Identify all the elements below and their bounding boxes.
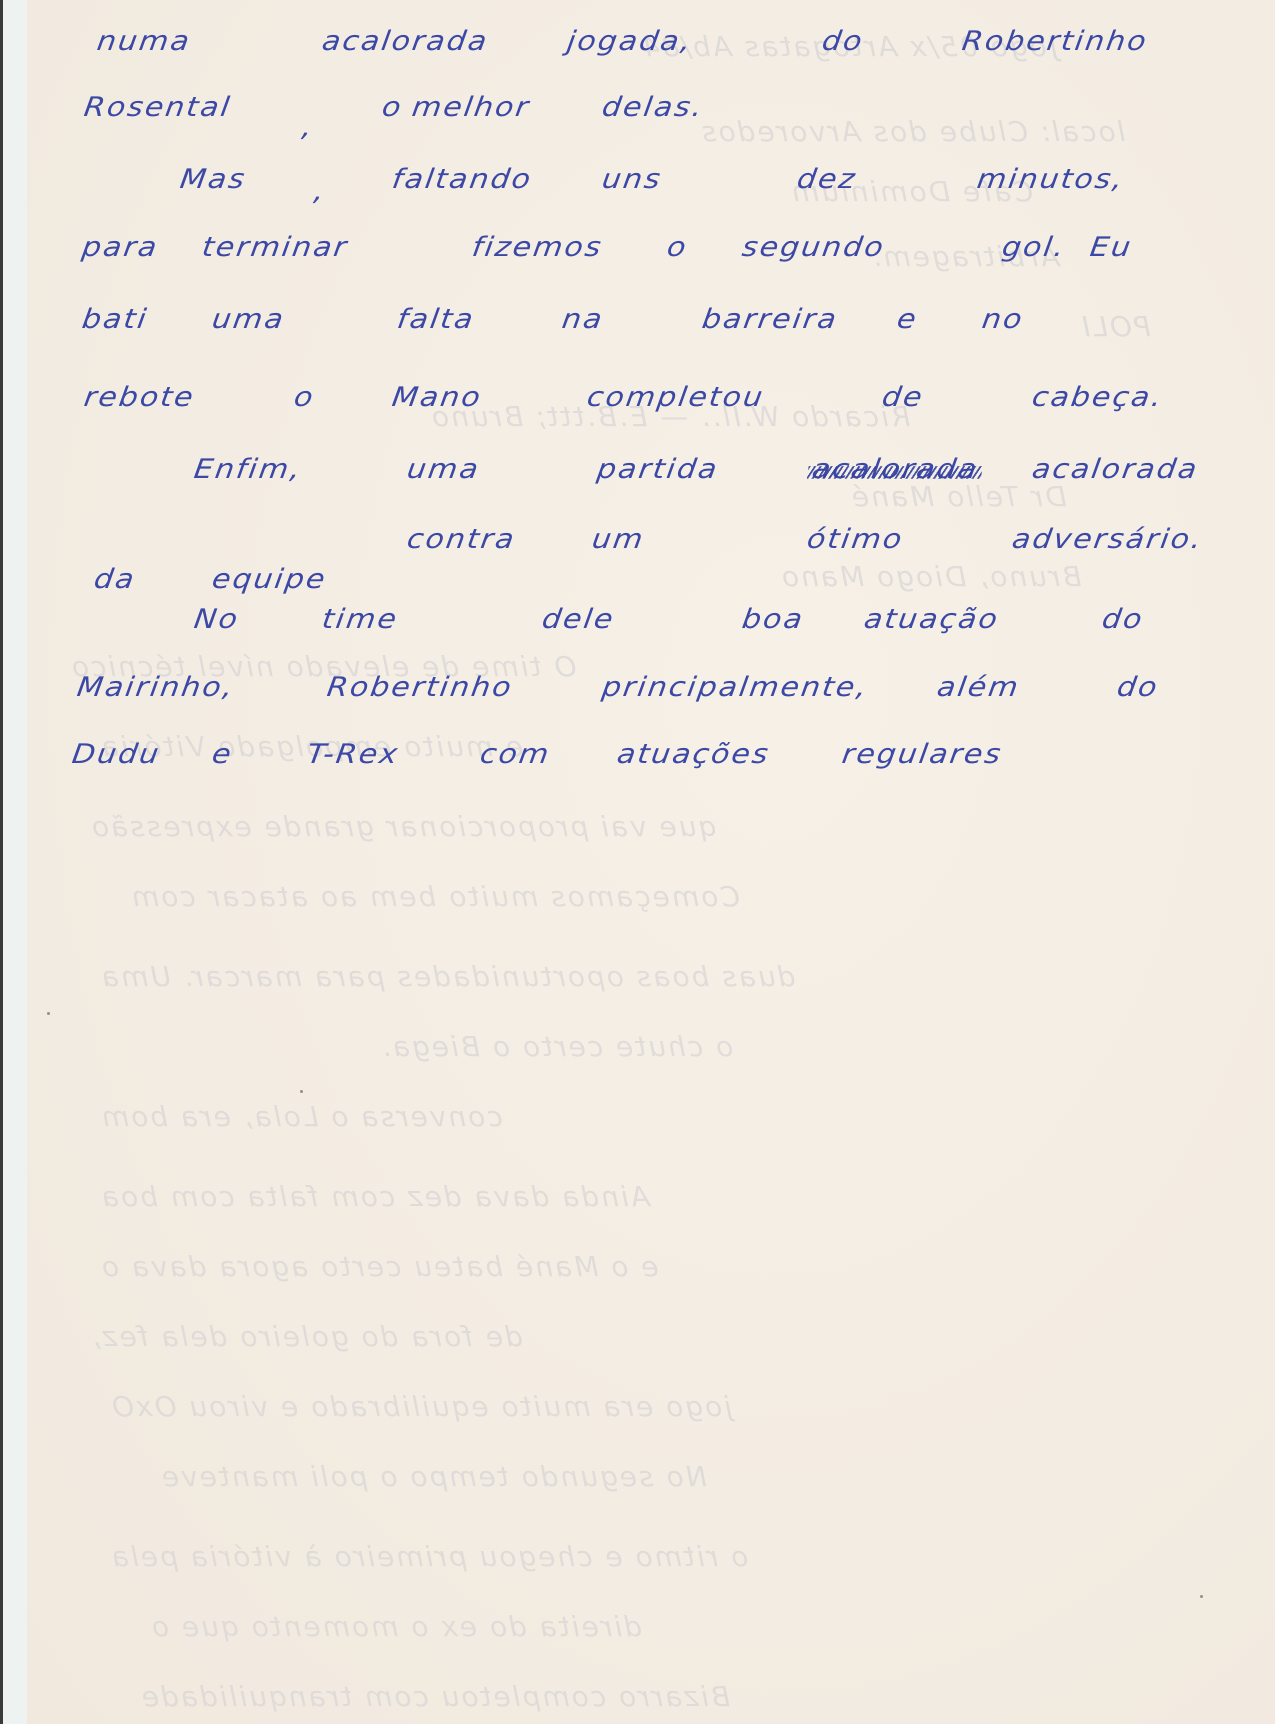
handwritten-word: rebote	[82, 382, 197, 414]
handwritten-word: para	[80, 232, 161, 264]
handwritten-word: Eu	[1088, 232, 1134, 264]
handwritten-word: Mas	[178, 164, 248, 196]
handwritten-word: Enfim,	[192, 454, 304, 486]
show-through-line: direita do ex o momento que o	[150, 1610, 642, 1643]
handwritten-word: faltando	[390, 164, 534, 196]
handwritten-word: dele	[540, 604, 617, 636]
handwritten-word: com	[478, 739, 553, 771]
handwritten-word: jogada,	[565, 26, 695, 58]
handwritten-word: atuação	[862, 604, 1001, 636]
handwritten-word: Rosental	[82, 92, 233, 124]
handwritten-word: da	[92, 564, 138, 596]
handwritten-word: equipe	[210, 564, 329, 596]
handwritten-word: No	[192, 604, 241, 636]
show-through-line: e o Mané bateu certo agora dava o	[100, 1250, 659, 1283]
paper-speck	[300, 1090, 303, 1093]
handwritten-word: uma	[405, 454, 482, 486]
handwritten-word: delas.	[600, 92, 706, 124]
handwritten-word: Robertinho	[960, 26, 1150, 58]
handwritten-word: dez	[795, 164, 859, 196]
show-through-line: que vai proporcionar grande expressão	[90, 810, 716, 843]
handwritten-word: fizemos	[470, 232, 605, 264]
handwritten-word: do	[1100, 604, 1146, 636]
handwritten-word: gol.	[1000, 232, 1068, 264]
handwritten-word: time	[320, 604, 400, 636]
show-through-line: No segundo tempo o poli manteve	[160, 1460, 707, 1493]
handwritten-word: regulares	[840, 739, 1004, 771]
handwritten-word: além	[935, 672, 1022, 704]
show-through-line: conversa o Lola, era bom	[100, 1100, 503, 1133]
handwritten-word: principalmente,	[600, 672, 870, 704]
handwritten-word: bati	[80, 304, 150, 336]
handwritten-word: atuações	[615, 739, 772, 771]
handwritten-word: um	[590, 524, 647, 556]
handwritten-word: segundo	[740, 232, 887, 264]
scanner-margin	[3, 0, 27, 1724]
paper-speck	[1200, 1595, 1203, 1598]
handwritten-word: boa	[740, 604, 806, 636]
handwritten-word: de	[880, 382, 926, 414]
handwritten-word: do	[820, 26, 866, 58]
handwritten-word: no	[980, 304, 1026, 336]
show-through-line: Ainda dava dez com falta com boa	[100, 1180, 650, 1213]
handwritten-word: partida	[595, 454, 721, 486]
show-through-line: duas boas oportunidades para marcar. Uma	[100, 960, 796, 993]
show-through-line: de fora do goleiro dela fez,	[90, 1320, 523, 1353]
show-through-line: jogo era muito equilibrado e virou OxO	[110, 1390, 732, 1423]
handwritten-word: cabeça.	[1030, 382, 1165, 414]
handwritten-word: adversário.	[1010, 524, 1205, 556]
show-through-line: local: Clube dos Arvoredos	[700, 115, 1126, 148]
handwritten-word: numa	[95, 26, 193, 58]
handwritten-word: terminar	[200, 232, 350, 264]
show-through-line: Bruno, Diogo Mano	[780, 560, 1082, 593]
handwritten-word: minutos,	[975, 164, 1126, 196]
handwritten-word: na	[560, 304, 606, 336]
show-through-line: o chute certo o Biega.	[380, 1030, 733, 1063]
handwritten-word: Mano	[390, 382, 484, 414]
show-through-line: Começamos muito bem ao atacar com	[130, 880, 740, 913]
show-through-line: POLI	[1080, 310, 1151, 343]
show-through-line: o ritmo e chegou primeiro à vitória pela	[110, 1540, 748, 1573]
handwritten-word: do	[1115, 672, 1161, 704]
handwritten-word: T-Rex	[305, 739, 401, 771]
handwritten-word: uma	[210, 304, 287, 336]
handwritten-word: ótimo	[805, 524, 905, 556]
handwritten-word: falta	[395, 304, 477, 336]
handwritten-word: completou	[585, 382, 766, 414]
handwritten-word: contra	[405, 524, 518, 556]
handwritten-word: acalorada	[320, 26, 491, 58]
handwritten-word: uns	[600, 164, 664, 196]
handwritten-word: barreira	[700, 304, 840, 336]
show-through-line: Bizarro completou com tranquilidade	[140, 1680, 730, 1713]
handwritten-word: Robertinho	[325, 672, 515, 704]
handwritten-word: Mairinho,	[75, 672, 237, 704]
handwritten-word: melhor	[410, 92, 532, 124]
handwritten-word: acalorada	[1030, 454, 1201, 486]
paper-speck	[47, 1012, 50, 1015]
crossed-out-word: acalorada	[810, 454, 981, 486]
handwritten-word: Dudu	[70, 739, 163, 771]
